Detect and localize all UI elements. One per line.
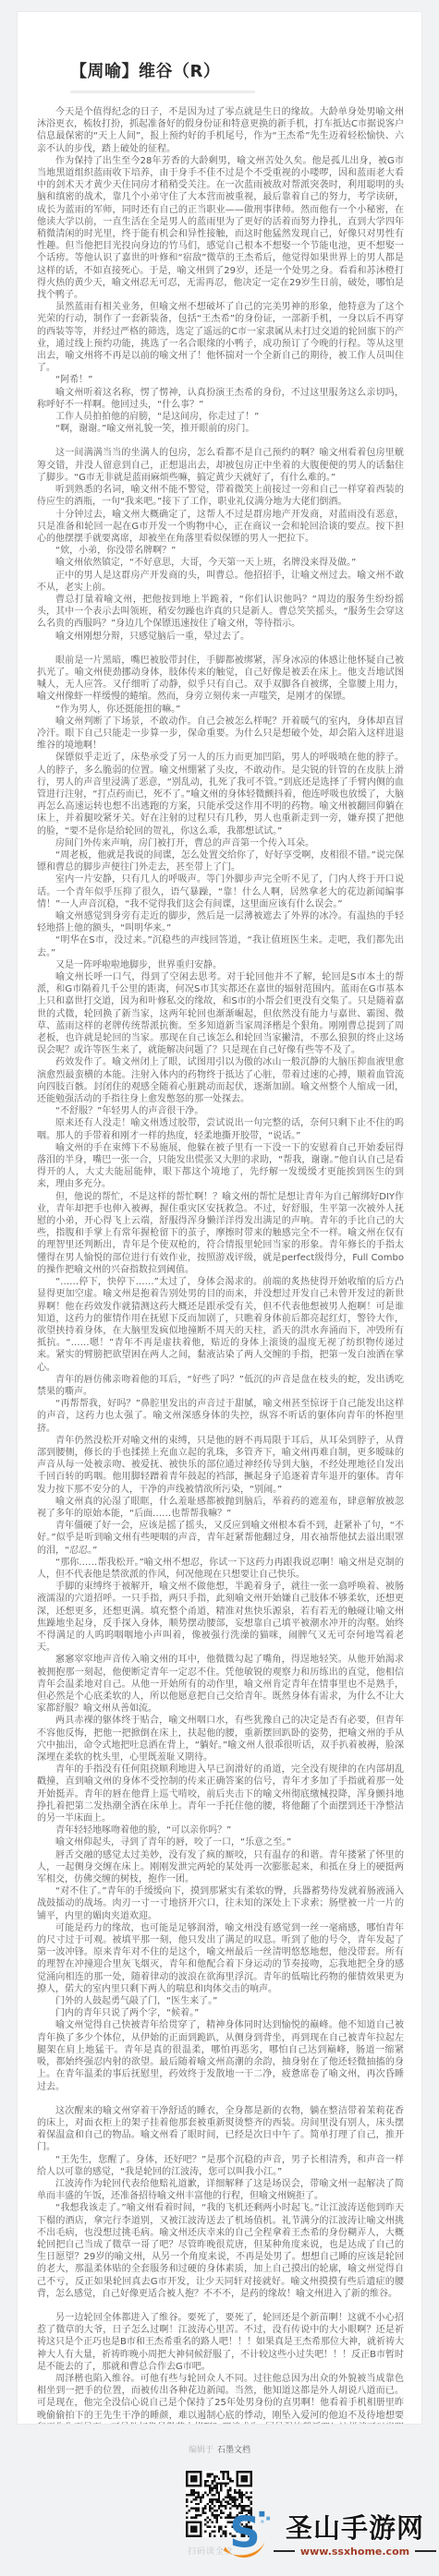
paragraph: “作为男人，你还挺能扭的嘛。” bbox=[37, 704, 404, 716]
paragraph: “阿希！” bbox=[37, 374, 404, 386]
footer-note: 编辑于石墨文档 bbox=[0, 2443, 439, 2455]
paragraph: 听到熟悉的名词，喻文州不能不警觉，带着微笑上前接过一旁和自己一样穿着西装的侍应生… bbox=[37, 484, 404, 508]
paragraph: 今天是个值得纪念的日子，不是因为过了零点就是生日的缘故。大龄单身处男喻文州沐浴更… bbox=[37, 106, 404, 155]
paragraph: “对不住了。”青年的手缓缓向下，摸到那紧实有柔软的臀，兵器蓄势待发就着肠液涌入战… bbox=[37, 1885, 404, 1922]
title-divider bbox=[70, 90, 255, 93]
paragraph: “王先生，您醒了。身体，还好吧？”是那个沉稳的声音，男子长相清秀，和声音一样给人… bbox=[37, 2154, 404, 2178]
paragraph: “欸，小弟，你没带名牌啊？” bbox=[37, 545, 404, 557]
paragraph: 喻文州感觉到身旁有走近的脚步，然后是一层薄被遮去了外界的冰冷。有温热的手轻轻地搭… bbox=[37, 910, 404, 934]
paragraph: 眼前是一片黑暗，嘴巴被胶带封住，手脚都被绑紧，浑身冰凉的体感让他怀疑自己被扒光了… bbox=[37, 655, 404, 704]
svg-text:S: S bbox=[229, 2508, 260, 2558]
paragraph: 药效发作了。喻文州闭上了眼，试图用引以为傲的冰山一般沉静的大脑压抑血液里愈演愈烈… bbox=[37, 1056, 404, 1105]
page-title: 【周喻】维谷（R） bbox=[70, 58, 404, 82]
paragraph: 唇舌交融的感觉太过美妙，没有发了疯的厮咬，只有温存的和谐。青年搂紧了怀里的人，一… bbox=[37, 1849, 404, 1886]
watermark-site-url: www.ssxhome.com bbox=[300, 2546, 409, 2558]
paragraph: 房间门外传来声响，房门被打开，曹总的声音第一个传入耳朵。 bbox=[37, 837, 404, 849]
paragraph: 门内的青年只说了两个字，“候着。” bbox=[37, 2007, 404, 2019]
paragraph: 青年的手指没有任何阻挠顺利地进入早已润滑好的甬道，完全没有规律的在内部胡乱戳撞，… bbox=[37, 1763, 404, 1824]
watermark-rule-left bbox=[274, 2550, 295, 2552]
paragraph: “那你……帮我松开。”喻文州不想忍，你试一下这药力再跟我说忍啊！喻文州是克制的人… bbox=[37, 1557, 404, 1581]
paragraph: “周老板，他就是我说的间谍，怎么处置交给你了，好好享受啊，皮相很不错。”说完保镖… bbox=[37, 849, 404, 873]
paragraph: “不舒服？”年轻男人的声音很干净。 bbox=[37, 1105, 404, 1117]
edited-on-label: 编辑于 bbox=[189, 2446, 213, 2455]
watermark-rule-right bbox=[415, 2550, 436, 2552]
watermark: S 圣山手游网 www.ssxhome.com bbox=[218, 2506, 436, 2563]
paragraph: 喻文州依然镇定，“不好意思，大哥，今天第一天上班，名牌没来得及做。” bbox=[37, 557, 404, 569]
shimo-docs-label: 石墨文档 bbox=[217, 2446, 250, 2455]
document-card: 【周喻】维谷（R） 今天是个值得纪念的日子，不是因为过了零点就是生日的缘故。大龄… bbox=[17, 11, 422, 2425]
paragraph: 手脚的束缚终于被解开，喻文州不做他想，半跪着身子，就往一张一翕呼唤着、被肠液濡湿… bbox=[37, 1581, 404, 1654]
paragraph: 门外的人鼓起勇气敲了门，“医生来了。” bbox=[37, 1995, 404, 2007]
paragraph: 原来还有人没走！喻文州透过胶带，尝试说出一句完整的话，奈何只剩下止不住的呜咽。那… bbox=[37, 1117, 404, 1141]
paragraph: 正中的男人是这群房产开发商的头，叫曹总。他招招手，让喻文州过去。喻文州不敢不从，… bbox=[37, 570, 404, 594]
paragraph: “啊，谢谢。”喻文州礼貌一笑，推开眼前的房门。 bbox=[37, 423, 404, 435]
paragraph: 青年仍然没松开对喻文州的束缚，只是他的唇不再局限于耳后，从耳朵到脖子，从背部到腰… bbox=[37, 1435, 404, 1496]
paragraph: 青年僵硬了好一会，应该是摇了摇头，又反应到喻文州根本看不到，赶紧补了句，“不好。… bbox=[37, 1520, 404, 1557]
paragraph: “明华在S市，没过来。”沉稳些的声线回答道，“我让值班医生来。走吧，我们都先出去… bbox=[37, 934, 404, 958]
site-logo-icon: S bbox=[218, 2506, 272, 2563]
paragraph: 这一间满满当当的坐满人的包房，怎么看都不是自己预约的啊？喻文州看着包房里觥筹交错… bbox=[37, 447, 404, 484]
watermark-site-name: 圣山手游网 bbox=[286, 2512, 424, 2544]
paragraph: 曹总打量着喻文州，把他按到地上半跪着，“你们认识他吗？”周边的服务生纷纷摇头，其… bbox=[37, 594, 404, 631]
paragraph: 喻文州刚想分辩，只感觉脑后一重，晕过去了。 bbox=[37, 631, 404, 643]
paragraph: 这次醒来的喻文州穿着干净舒适的睡衣，全身都是新的衣物，躺在整洁带着茉莉花香的床上… bbox=[37, 2105, 404, 2154]
paragraph: 可能是药力的缘故，也可能是足够润滑，喻文州没有感觉到一丝一毫痛感，哪怕青年的尺寸… bbox=[37, 1922, 404, 1995]
paragraph: 江波涛作为轮回代表给他赔礼道歉，详细解释了这是场误会，带喻文州一起解决了简单而丰… bbox=[37, 2178, 404, 2202]
paragraph: 两具赤裸的躯体终于贴合，喻文州咽口水，有些犹豫自己的决定是否有必要，但青年不容他… bbox=[37, 1715, 404, 1763]
paragraph: 作为保持了出生至今28年芳香的大龄剩男，喻文州苦处久矣。他是孤儿出身，被G市当地… bbox=[37, 155, 404, 301]
paragraph: 喻文州听着这名称，愣了愣神，认真扮演王杰希的身份，不过这里服务这么亲切吗，称呼好… bbox=[37, 387, 404, 411]
paragraph: 保镖似乎走近了，床垫承受了另一人的压力而更加凹陷，男人的呼吸喷在他的脖子。人的脖… bbox=[37, 752, 404, 837]
paragraph: 周泽楷也陷入维谷。可他有些与轮回众人不同。过往他总因为出众的外貌被当成靠色相坐到… bbox=[37, 2373, 404, 2425]
paragraph: 工作人员拍拍他的肩膀，“是这间房，你走过了！” bbox=[37, 411, 404, 423]
paragraph: 十分钟过去，喻文州大概确定了，这帮人不过是群房地产开发商，对蓝雨没有恶意，只是准… bbox=[37, 509, 404, 546]
paragraph: 喻文州判断了下场景，不敢动作。自己会被怎么样呢？开着暖气的室内，身体却直冒冷汗。… bbox=[37, 716, 404, 752]
paragraph: 喻文州长呼一口气，得到了空闲去思考。对于轮回他并不了解，轮回是S市本土的帮派，和… bbox=[37, 971, 404, 1056]
paragraph: 窸窸窣窣地声音传入喻文州的耳中，他微微勾起了嘴角，得逞地轻笑。从他开始渴求被拥抱… bbox=[37, 1654, 404, 1715]
paragraph: 另一边轮回全体都进入了维谷。要死了，要死了，轮回还是个新苗啊！这就不小心招惹了微… bbox=[37, 2312, 404, 2373]
paragraph: “再帮帮我，好吗？”鼻腔里发出的声音过于甜腻，喻文州甚至惊讶于自己能发出这样的声… bbox=[37, 1398, 404, 1435]
paragraph: 青年的唇仿佛亲吻着他的耳后，“好些了吗？”低沉的声音是盘在枝头的蛇，发出诱吃禁果… bbox=[37, 1374, 404, 1398]
paragraph: 喻文州的手在束缚下不易施展，他躲在被子里有一下没一下的安慰着自己开始委屈得落泪的… bbox=[37, 1142, 404, 1191]
paragraph: 但，他说的帮忙，不是这样的帮忙啊！？喻文州的帮忙是想让青年为自己解绑好DIY作业… bbox=[37, 1191, 404, 1276]
paragraph: 喻文州真的沁湿了眼眶，什么羞耻感都被抛到脑后，举着药的遮羞布，肆意解放被忽视了多… bbox=[37, 1496, 404, 1520]
paragraph: 喻文州觉得自己快被青年给贯穿了，精神身体同时达到愉悦的巅峰。他不知道自己被青年换… bbox=[37, 2019, 404, 2092]
paragraph: 青年轻轻地啄吻着他的脸，“可以亲你吗？” bbox=[37, 1824, 404, 1836]
document-body: 今天是个值得纪念的日子，不是因为过了零点就是生日的缘故。大龄单身处男喻文州沐浴更… bbox=[37, 106, 404, 2425]
paragraph: “我想我该走了。”喻文州看着时间，“我的飞机还剩两小时起飞。”让江波涛送他到昨天… bbox=[37, 2202, 404, 2300]
paragraph: 又是一阵呼啦啦地脚步，世界重归安静。 bbox=[37, 959, 404, 971]
paragraph: “……停下，快停下……”太过了，身体会渴求的。前端的炙热使得开始收缩的后方凸显得… bbox=[37, 1276, 404, 1374]
paragraph: 虽然蓝雨有相关业务，但喻文州不想破坏了自己的完美男神的形象，他特意为了这个光荣的… bbox=[37, 301, 404, 374]
paragraph: 室内一片安静，只有几人的呼吸声。等门外脚步声完全听不见了，门内人终于开口说话。一… bbox=[37, 873, 404, 910]
paragraph: 喻文州仰起头，寻到了青年的唇，咬了一口，“乐意之至。” bbox=[37, 1836, 404, 1848]
